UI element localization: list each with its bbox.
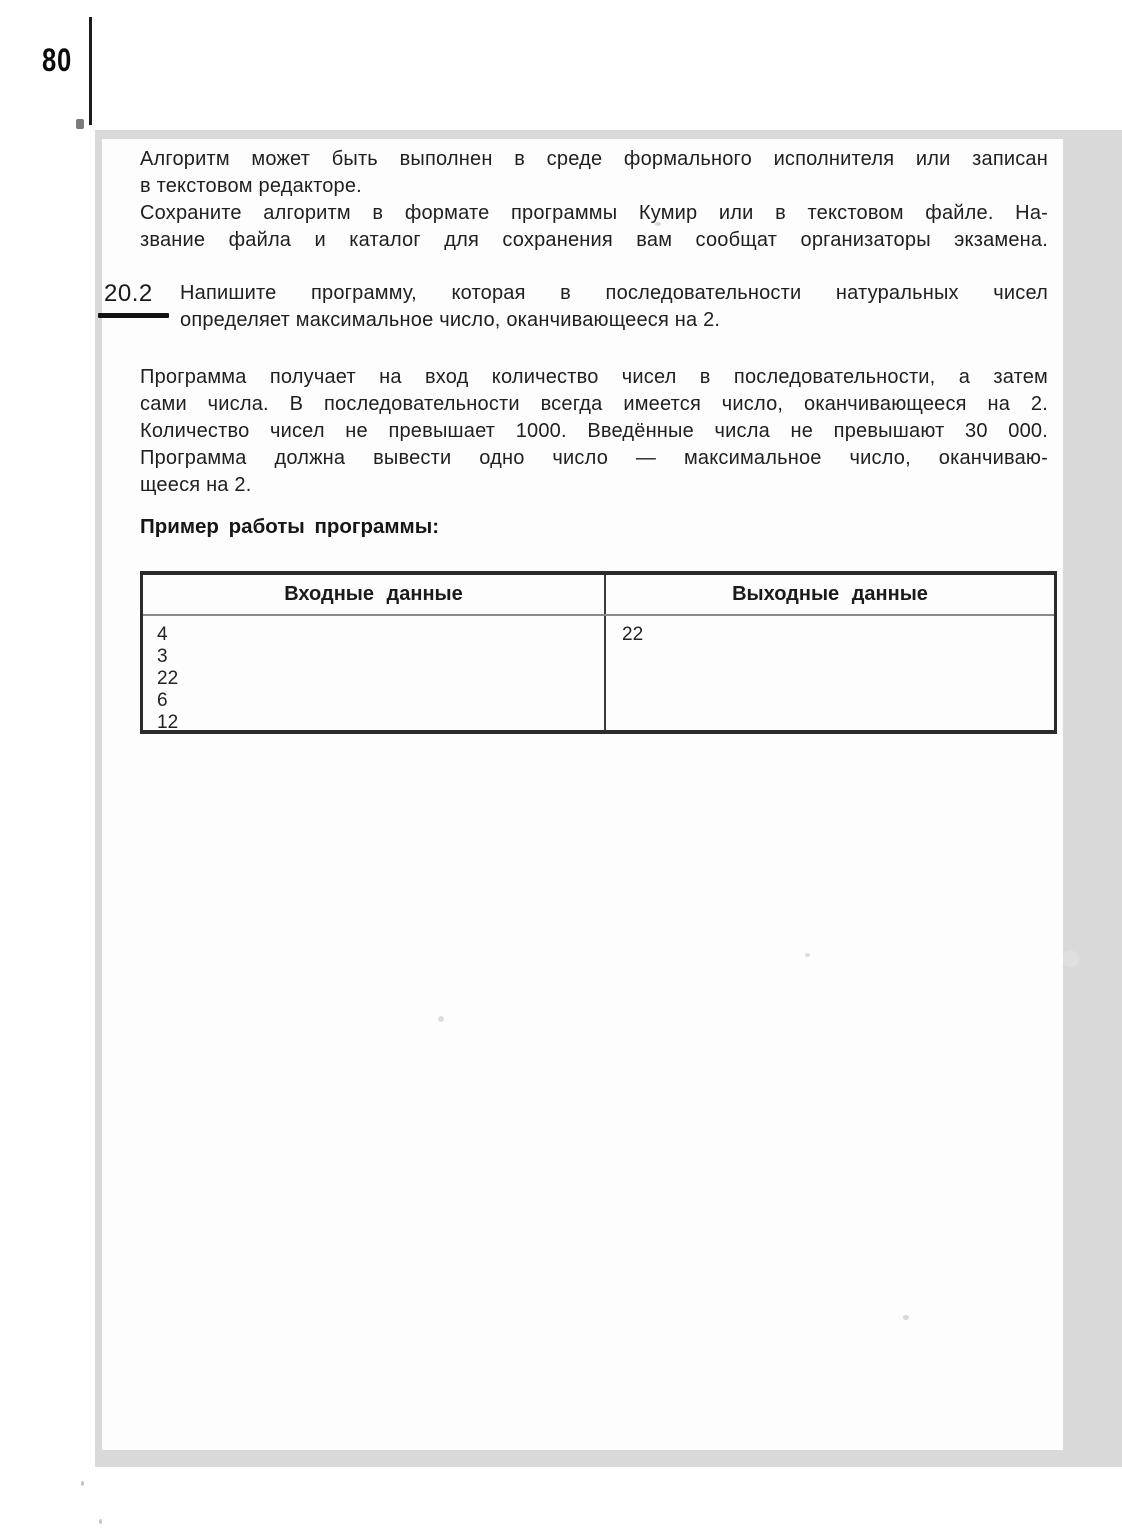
intro-line: в текстовом редакторе. (140, 173, 1048, 200)
input-value: 12 (157, 712, 604, 734)
task-number: 20.2 (104, 280, 180, 307)
description-line: Программа получает на вход количество чи… (140, 364, 1048, 391)
text-column: Алгоритм может быть выполнен в среде фор… (140, 139, 1048, 734)
page-body: Алгоритм может быть выполнен в среде фор… (102, 139, 1063, 1450)
task-20-2: 20.2 Напишите программу, которая в после… (104, 280, 1048, 334)
task-line: Напишите программу, которая в последоват… (180, 280, 1048, 307)
scan-speck (438, 1016, 444, 1022)
task-statement: Напишите программу, которая в последоват… (180, 280, 1048, 334)
scan-speck (805, 953, 810, 957)
description-line: Количество чисел не превышает 1000. Введ… (140, 418, 1048, 445)
input-value: 4 (157, 624, 604, 646)
scanned-book-page: 80 Алгоритм может быть выполнен в среде … (0, 0, 1122, 1529)
intro-paragraphs: Алгоритм может быть выполнен в среде фор… (140, 146, 1048, 254)
scan-artifact-mark (76, 119, 84, 129)
scan-speck (81, 1481, 84, 1486)
intro-line: Сохраните алгоритм в формате программы К… (140, 200, 1048, 227)
task-number-underline (98, 313, 169, 318)
scan-speck (903, 1315, 909, 1320)
example-table-body-row: 4 3 22 6 12 22 (143, 616, 1054, 730)
task-line: определяет максимальное число, оканчиваю… (180, 307, 1048, 334)
example-table: Входные данные Выходные данные 4 3 22 6 … (140, 571, 1057, 734)
input-value: 3 (157, 646, 604, 668)
intro-line: Алгоритм может быть выполнен в среде фор… (140, 146, 1048, 173)
input-value: 6 (157, 690, 604, 712)
description-line: щееся на 2. (140, 472, 1048, 499)
input-value: 22 (157, 668, 604, 690)
page-number-divider-rule (89, 17, 92, 125)
scan-speck (99, 1519, 102, 1524)
intro-line: звание файла и каталог для сохранения ва… (140, 227, 1048, 254)
input-column-header: Входные данные (143, 575, 606, 614)
output-column-header: Выходные данные (606, 575, 1054, 614)
output-data-cell: 22 (606, 616, 1054, 730)
example-heading: Пример работы программы: (140, 513, 1048, 540)
task-number-block: 20.2 (104, 280, 180, 334)
task-description: Программа получает на вход количество чи… (140, 364, 1048, 499)
scan-speck (655, 222, 661, 226)
page-number: 80 (42, 42, 72, 79)
output-value: 22 (622, 624, 1054, 646)
example-table-header-row: Входные данные Выходные данные (143, 575, 1054, 616)
description-line: сами числа. В последовательности всегда … (140, 391, 1048, 418)
input-data-cell: 4 3 22 6 12 (143, 616, 606, 730)
description-line: Программа должна вывести одно число — ма… (140, 445, 1048, 472)
